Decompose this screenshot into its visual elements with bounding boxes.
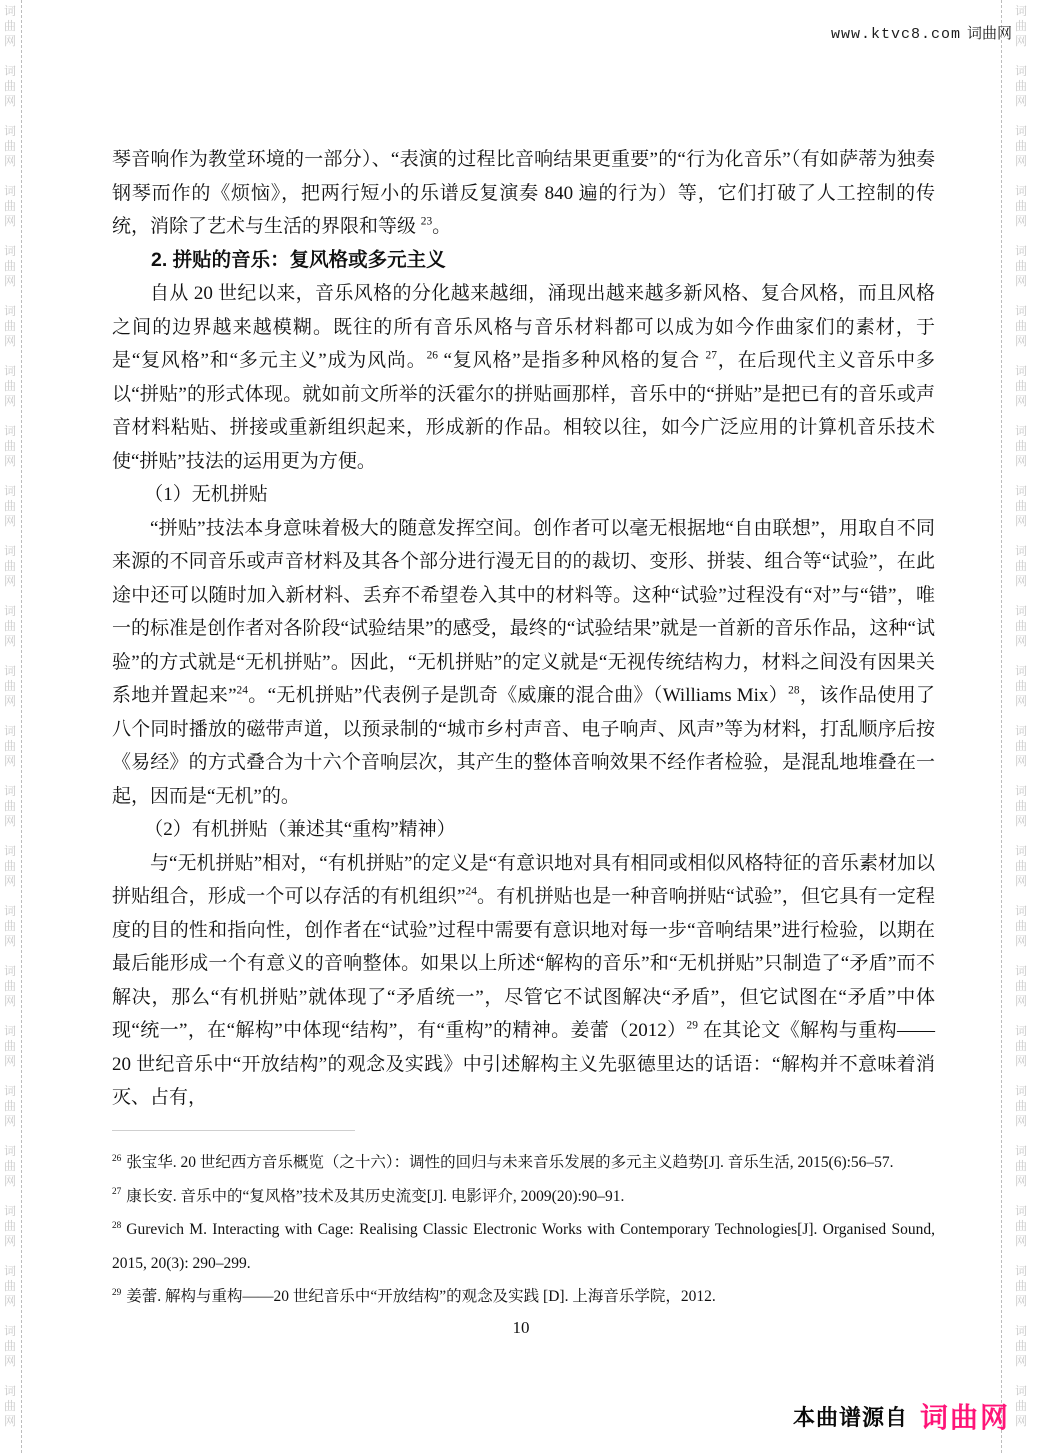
footnote-marker: 26 <box>112 1154 121 1164</box>
site-name-text: 词曲网 <box>967 25 1012 42</box>
footnote-marker: 27 <box>112 1187 121 1197</box>
paragraph-styles-overview: 自从 20 世纪以来，音乐风格的分化越来越细，涌现出越来越多新风格、复合风格，而… <box>112 277 935 478</box>
footnote-text: Gurevich M. Interacting with Cage: Reali… <box>112 1221 935 1272</box>
section-heading: 2. 拼贴的音乐：复风格或多元主义 <box>112 244 935 278</box>
site-url-text: www.ktvc8.com <box>831 26 961 43</box>
document-body: 琴音响作为教堂环境的一部分）、“表演的过程比音响结果更重要”的“行为化音乐”（有… <box>112 143 935 1115</box>
footnotes-section: 26张宝华. 20 世纪西方音乐概览（之十六）：调性的回归与未来音乐发展的多元主… <box>112 1146 935 1314</box>
paragraph-continuation: 琴音响作为教堂环境的一部分）、“表演的过程比音响结果更重要”的“行为化音乐”（有… <box>112 143 935 244</box>
footnote-28: 28Gurevich M. Interacting with Cage: Rea… <box>112 1213 935 1280</box>
subsection-heading-inorganic-collage: （1）无机拼贴 <box>112 478 935 512</box>
document-page: 词曲网词曲网词曲网词曲网词曲网词曲网词曲网词曲网词曲网词曲网词曲网词曲网词曲网词… <box>0 0 1042 1453</box>
site-logo: 词曲网 <box>920 1396 1010 1436</box>
footnote-27: 27康长安. 音乐中的“复风格”技术及其历史流变[J]. 电影评介, 2009(… <box>112 1180 935 1214</box>
footnote-separator <box>112 1130 355 1131</box>
footer-credit: 本曲谱源自 词曲网 <box>793 1396 1010 1436</box>
footnote-marker: 28 <box>112 1221 121 1231</box>
watermark-column-left: 词曲网词曲网词曲网词曲网词曲网词曲网词曲网词曲网词曲网词曲网词曲网词曲网词曲网词… <box>2 4 18 1444</box>
watermark-dashed-line-right <box>1001 0 1002 1453</box>
paragraph-inorganic-collage: “拼贴”技法本身意味着极大的随意发挥空间。创作者可以毫无根据地“自由联想”，用取… <box>112 512 935 814</box>
header-site-watermark: www.ktvc8.com词曲网 <box>831 22 1012 43</box>
credit-prefix-text: 本曲谱源自 <box>793 1401 908 1432</box>
footnote-marker: 29 <box>112 1288 121 1298</box>
subsection-heading-organic-collage: （2）有机拼贴（兼述其“重构”精神） <box>112 813 935 847</box>
paragraph-organic-collage: 与“无机拼贴”相对，“有机拼贴”的定义是“有意识地对具有相同或相似风格特征的音乐… <box>112 847 935 1115</box>
footnote-26: 26张宝华. 20 世纪西方音乐概览（之十六）：调性的回归与未来音乐发展的多元主… <box>112 1146 935 1180</box>
watermark-dashed-line-left <box>21 0 22 1453</box>
footnote-text: 康长安. 音乐中的“复风格”技术及其历史流变[J]. 电影评介, 2009(20… <box>126 1188 624 1205</box>
footnote-text: 张宝华. 20 世纪西方音乐概览（之十六）：调性的回归与未来音乐发展的多元主义趋… <box>126 1154 893 1171</box>
watermark-column-right: 词曲网词曲网词曲网词曲网词曲网词曲网词曲网词曲网词曲网词曲网词曲网词曲网词曲网词… <box>1013 4 1029 1444</box>
page-number: 10 <box>0 1318 1042 1338</box>
footnote-text: 姜蕾. 解构与重构——20 世纪音乐中“开放结构”的观念及实践 [D]. 上海音… <box>126 1288 715 1305</box>
footnote-29: 29姜蕾. 解构与重构——20 世纪音乐中“开放结构”的观念及实践 [D]. 上… <box>112 1280 935 1314</box>
